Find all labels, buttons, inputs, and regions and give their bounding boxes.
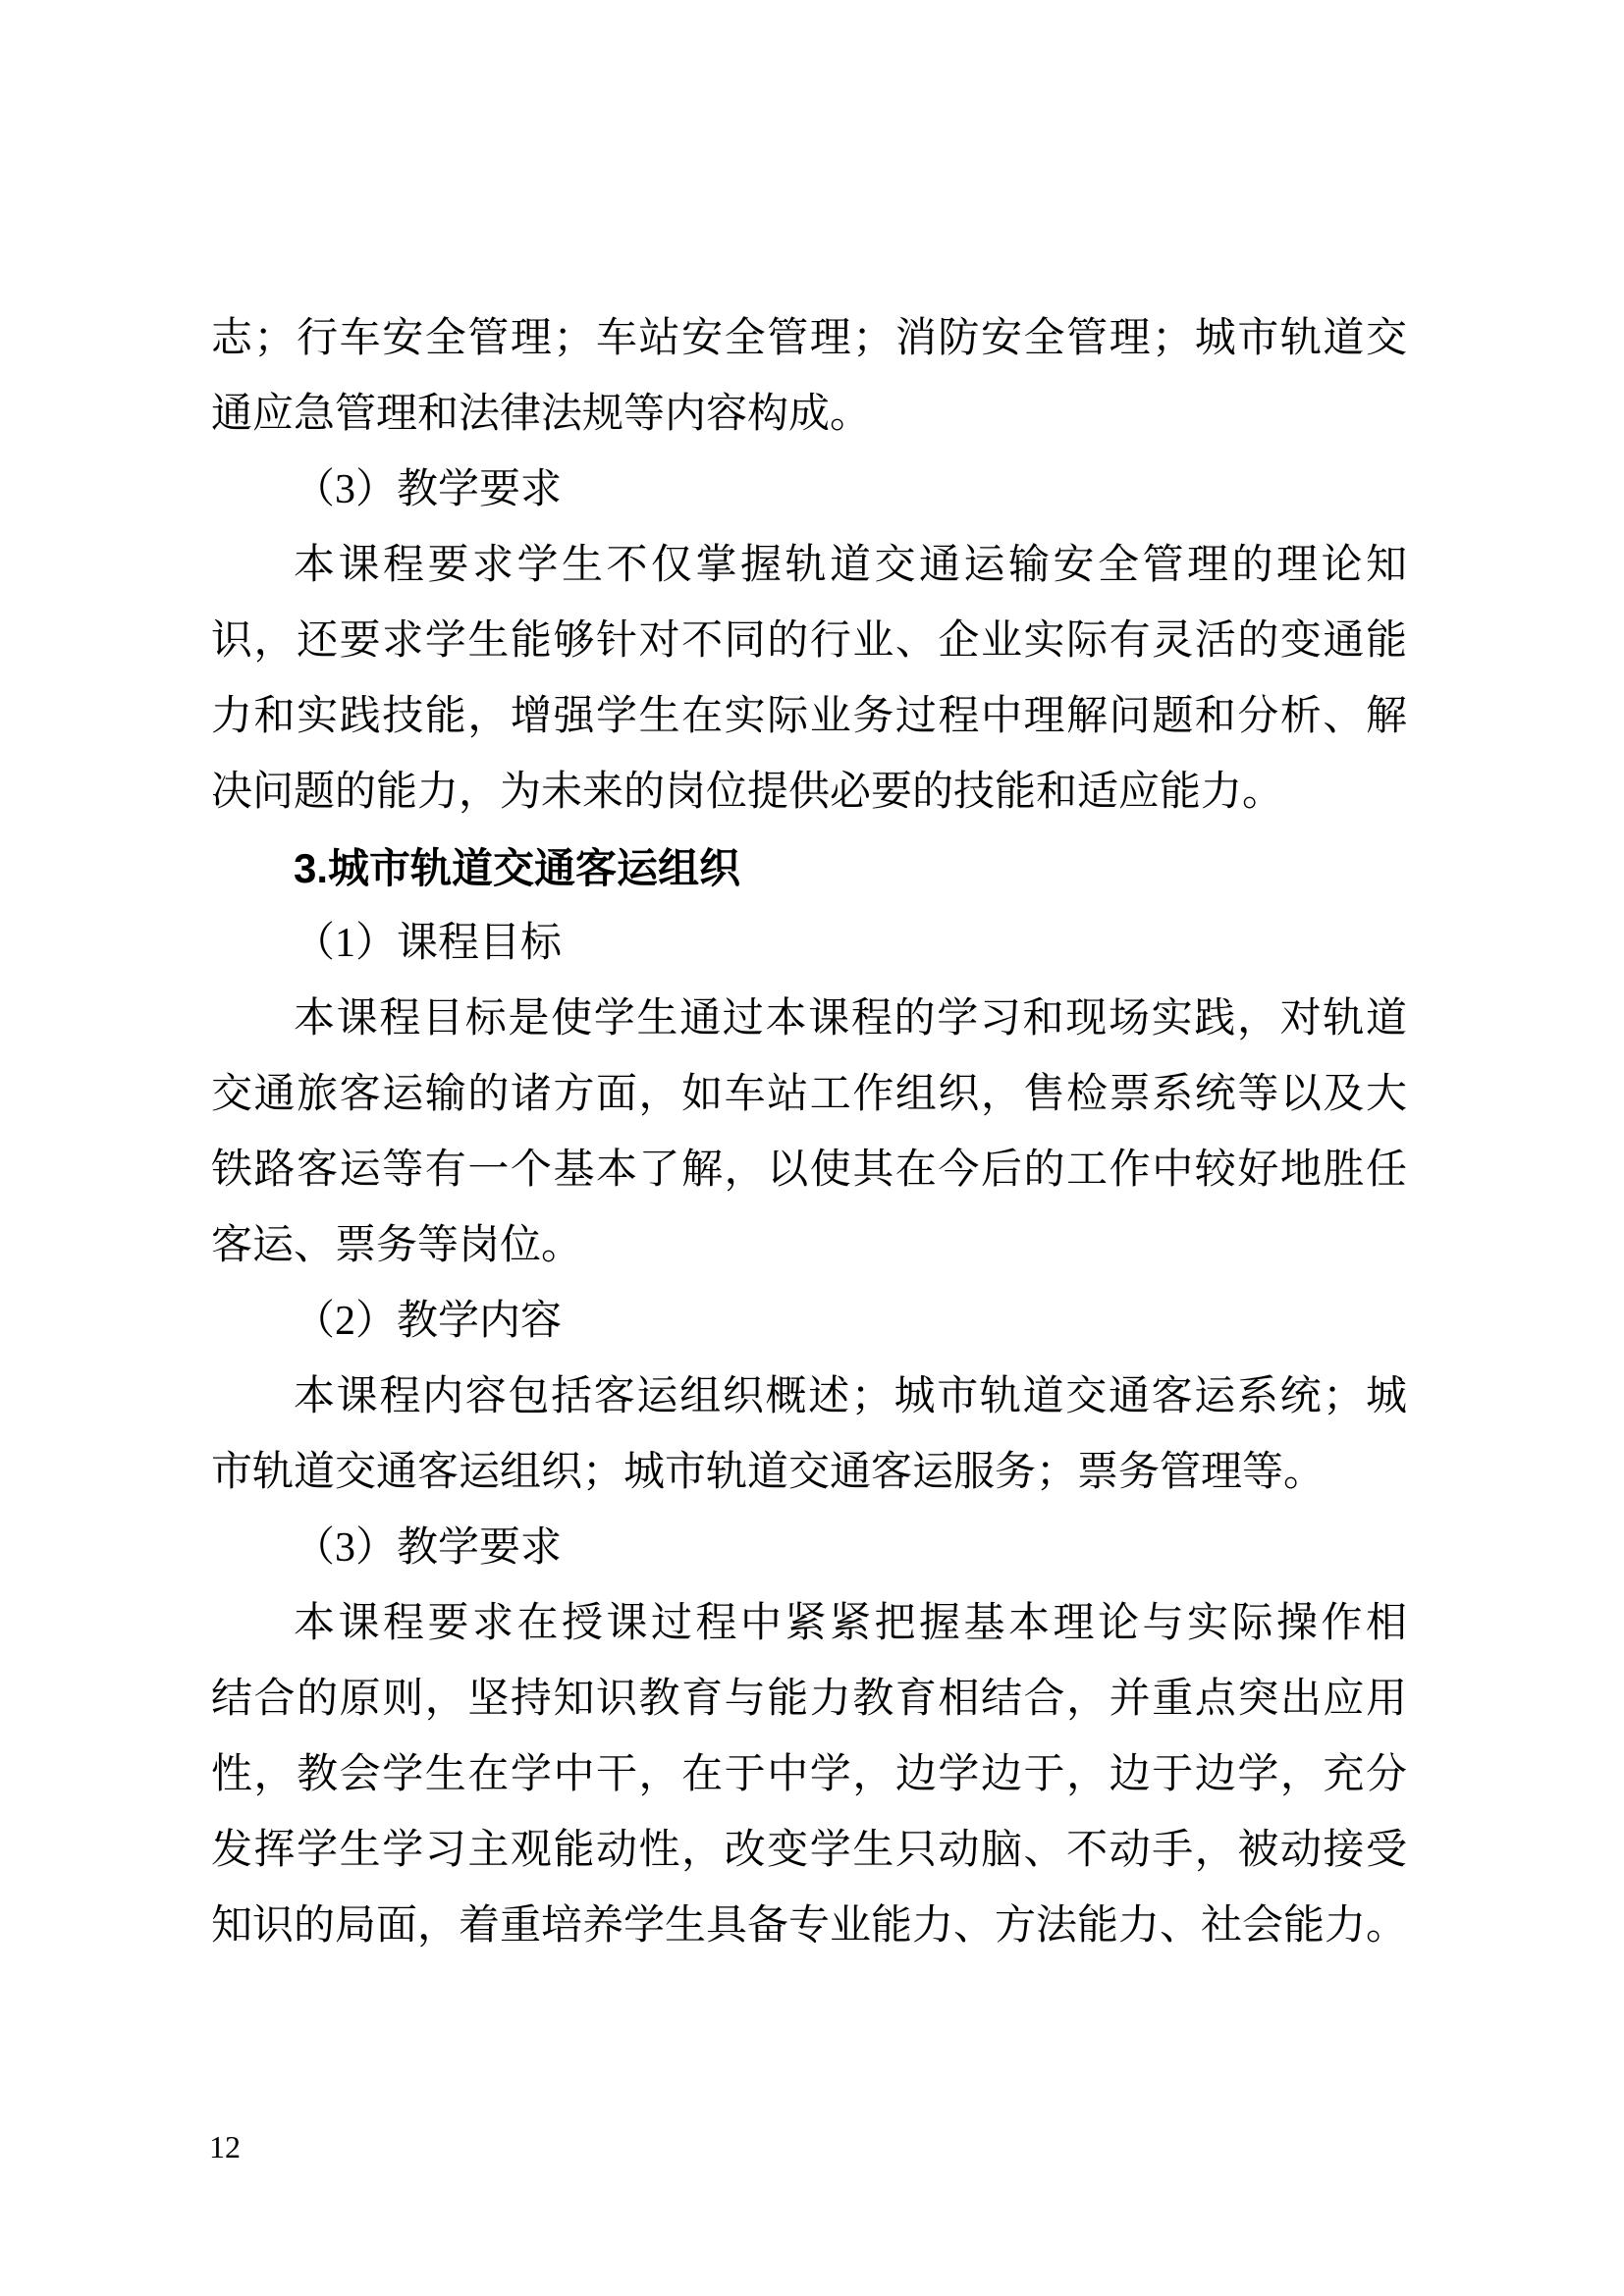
text-line: 本课程内容包括客运组织概述；城市轨道交通客运系统；城	[211, 1360, 1407, 1435]
text-line: （3）教学要求	[211, 453, 1407, 528]
section-heading: 3.城市轨道交通客运组织	[211, 830, 1407, 906]
text-line: （2）教学内容	[211, 1284, 1407, 1360]
text-line: （3）教学要求	[211, 1511, 1407, 1586]
document-page: 志；行车安全管理；车站安全管理；消防安全管理；城市轨道交通应急管理和法律法规等内…	[0, 0, 1624, 2296]
text-line: 知识的局面，着重培养学生具备专业能力、方法能力、社会能力。	[211, 1889, 1407, 1964]
page-number: 12	[209, 2128, 241, 2165]
text-line: 结合的原则，坚持知识教育与能力教育相结合，并重点突出应用	[211, 1662, 1407, 1737]
text-line: 志；行车安全管理；车站安全管理；消防安全管理；城市轨道交	[211, 301, 1407, 377]
text-line: 通应急管理和法律法规等内容构成。	[211, 377, 1407, 453]
text-line: 铁路客运等有一个基本了解，以使其在今后的工作中较好地胜任	[211, 1133, 1407, 1208]
text-line: 本课程目标是使学生通过本课程的学习和现场实践，对轨道	[211, 982, 1407, 1057]
text-line: 发挥学生学习主观能动性，改变学生只动脑、不动手，被动接受	[211, 1813, 1407, 1889]
text-line: 力和实践技能，增强学生在实际业务过程中理解问题和分析、解	[211, 679, 1407, 755]
text-line: 市轨道交通客运组织；城市轨道交通客运服务；票务管理等。	[211, 1435, 1407, 1511]
text-line: 本课程要求在授课过程中紧紧把握基本理论与实际操作相	[211, 1586, 1407, 1662]
text-line: 客运、票务等岗位。	[211, 1208, 1407, 1284]
text-line: 交通旅客运输的诸方面，如车站工作组织，售检票系统等以及大	[211, 1057, 1407, 1133]
text-line: （1）课程目标	[211, 906, 1407, 982]
text-line: 决问题的能力，为未来的岗位提供必要的技能和适应能力。	[211, 755, 1407, 830]
text-line: 性，教会学生在学中干，在于中学，边学边于，边于边学，充分	[211, 1737, 1407, 1813]
text-line: 本课程要求学生不仅掌握轨道交通运输安全管理的理论知	[211, 528, 1407, 604]
document-text-block: 志；行车安全管理；车站安全管理；消防安全管理；城市轨道交通应急管理和法律法规等内…	[211, 301, 1407, 1964]
text-line: 识，还要求学生能够针对不同的行业、企业实际有灵活的变通能	[211, 604, 1407, 679]
